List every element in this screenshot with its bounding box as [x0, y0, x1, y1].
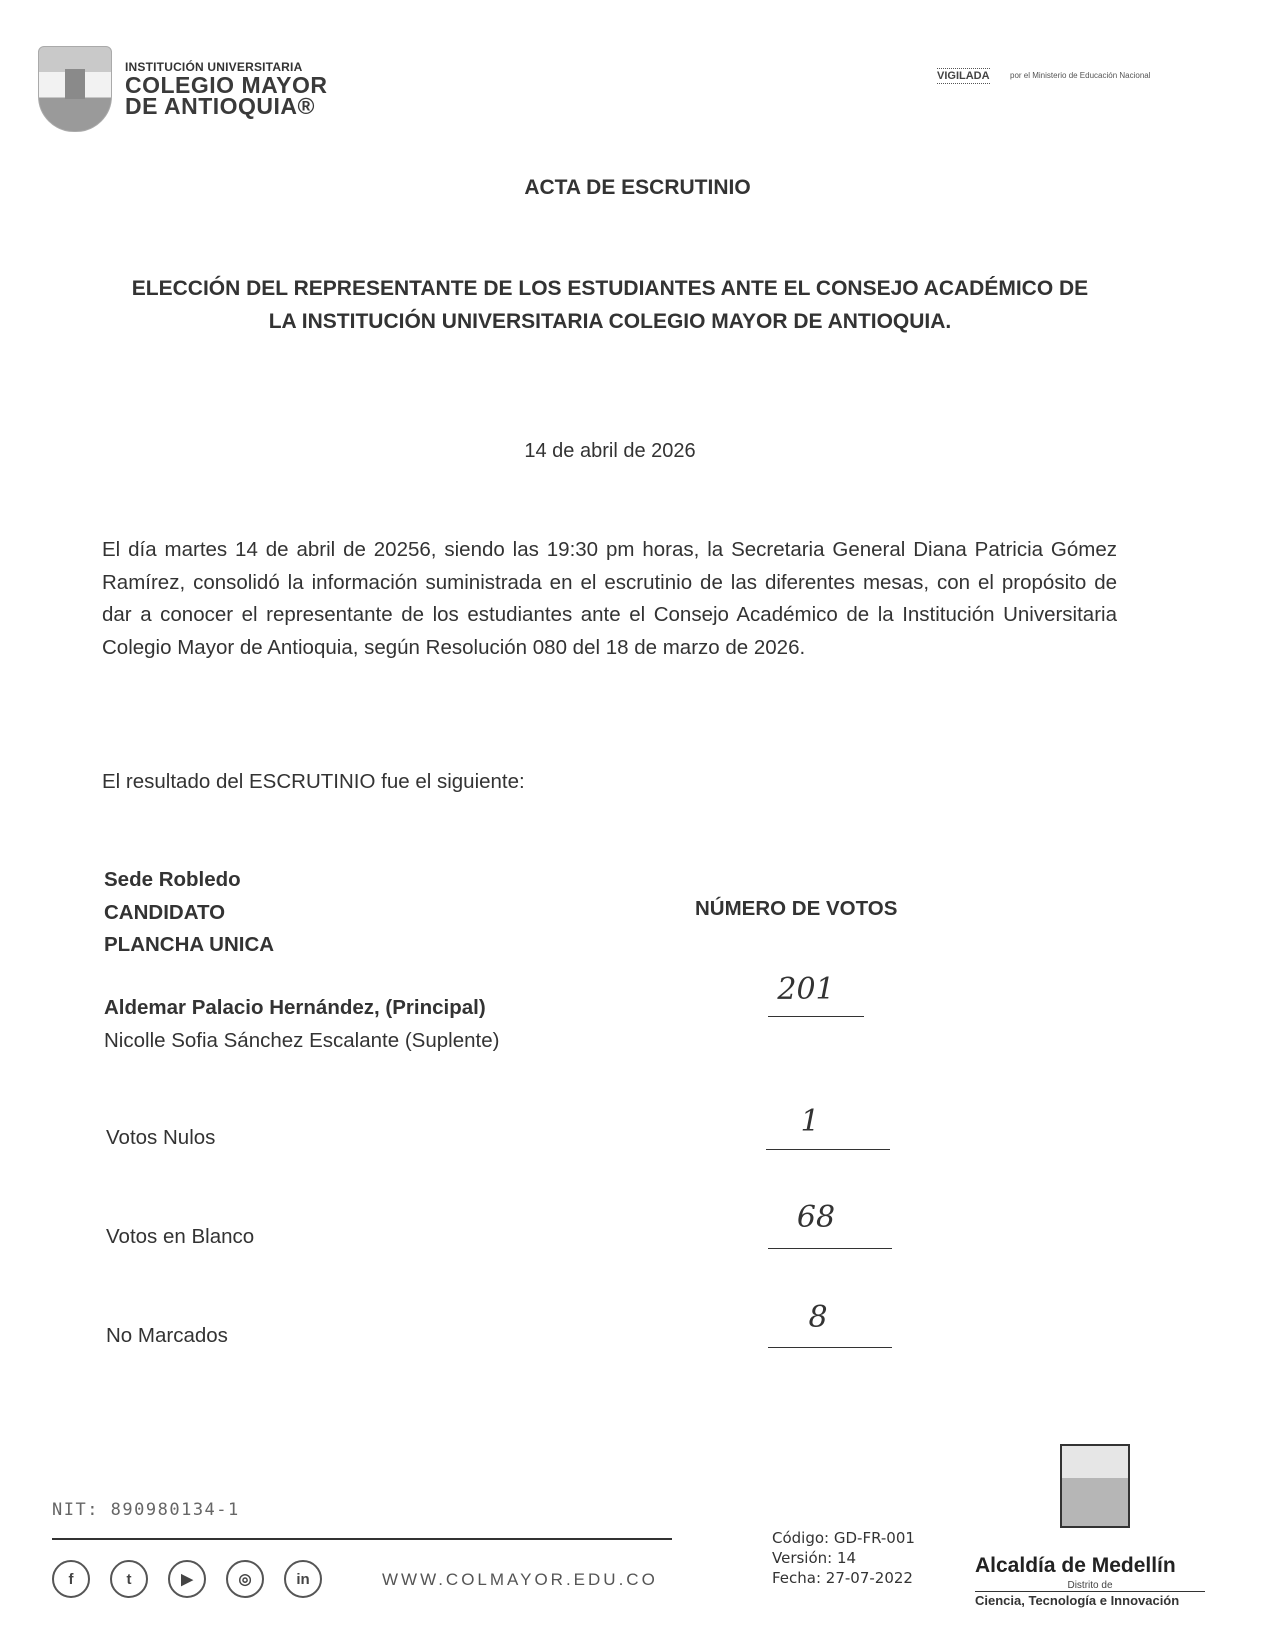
nit-label: NIT: 890980134-1 — [52, 1500, 240, 1520]
results-header-left: Sede Robledo CANDIDATO PLANCHA UNICA — [104, 864, 274, 962]
votos-blanco-value: 68 — [766, 1200, 866, 1235]
votos-nulos-value: 1 — [760, 1104, 860, 1139]
medellin-coat-of-arms-icon — [1060, 1444, 1130, 1528]
youtube-icon[interactable]: ▶ — [168, 1560, 206, 1598]
body-paragraph: El día martes 14 de abril de 20256, sien… — [102, 534, 1117, 664]
linkedin-icon[interactable]: in — [284, 1560, 322, 1598]
sede-label: Sede Robledo — [104, 864, 274, 897]
no-marcados-line — [768, 1347, 892, 1348]
result-intro: El resultado del ESCRUTINIO fue el sigui… — [102, 770, 525, 794]
facebook-icon[interactable]: f — [52, 1560, 90, 1598]
alcaldia-label: Alcaldía de Medellín — [975, 1554, 1176, 1578]
candidate-header: CANDIDATO — [104, 897, 274, 930]
social-links: f t ▶ ◎ in — [52, 1560, 322, 1598]
votos-nulos-line — [766, 1149, 890, 1150]
candidate-votes-line — [768, 1016, 864, 1017]
website-link[interactable]: WWW.COLMAYOR.EDU.CO — [382, 1570, 658, 1590]
version-label: Versión: 14 — [772, 1548, 856, 1568]
no-marcados-value: 8 — [768, 1300, 868, 1335]
instagram-icon[interactable]: ◎ — [226, 1560, 264, 1598]
candidate-votes-value: 201 — [756, 972, 856, 1007]
votos-blanco-label: Votos en Blanco — [106, 1225, 254, 1249]
footer-divider — [52, 1538, 672, 1540]
ministerio-label: por el Ministerio de Educación Nacional — [1010, 71, 1151, 80]
document-date: 14 de abril de 2026 — [0, 440, 1220, 463]
institution-logo-icon — [38, 46, 112, 132]
votos-nulos-label: Votos Nulos — [106, 1126, 215, 1150]
fecha-label: Fecha: 27-07-2022 — [772, 1568, 913, 1588]
plancha-label: PLANCHA UNICA — [104, 929, 274, 962]
vigilada-label: VIGILADA — [937, 68, 990, 84]
twitter-icon[interactable]: t — [110, 1560, 148, 1598]
ciencia-label: Ciencia, Tecnología e Innovación — [975, 1593, 1179, 1608]
candidate-principal: Aldemar Palacio Hernández, (Principal) — [104, 996, 486, 1020]
votos-blanco-line — [768, 1248, 892, 1249]
institution-name-line3: DE ANTIOQUIA® — [125, 95, 315, 117]
votes-header: NÚMERO DE VOTOS — [695, 897, 897, 921]
codigo-label: Código: GD-FR-001 — [772, 1528, 915, 1548]
document-title: ACTA DE ESCRUTINIO — [0, 176, 1275, 200]
no-marcados-label: No Marcados — [106, 1324, 228, 1348]
document-subtitle: ELECCIÓN DEL REPRESENTANTE DE LOS ESTUDI… — [130, 272, 1090, 338]
candidate-suplente: Nicolle Sofia Sánchez Escalante (Suplent… — [104, 1029, 499, 1053]
distrito-label: Distrito de — [975, 1580, 1205, 1592]
